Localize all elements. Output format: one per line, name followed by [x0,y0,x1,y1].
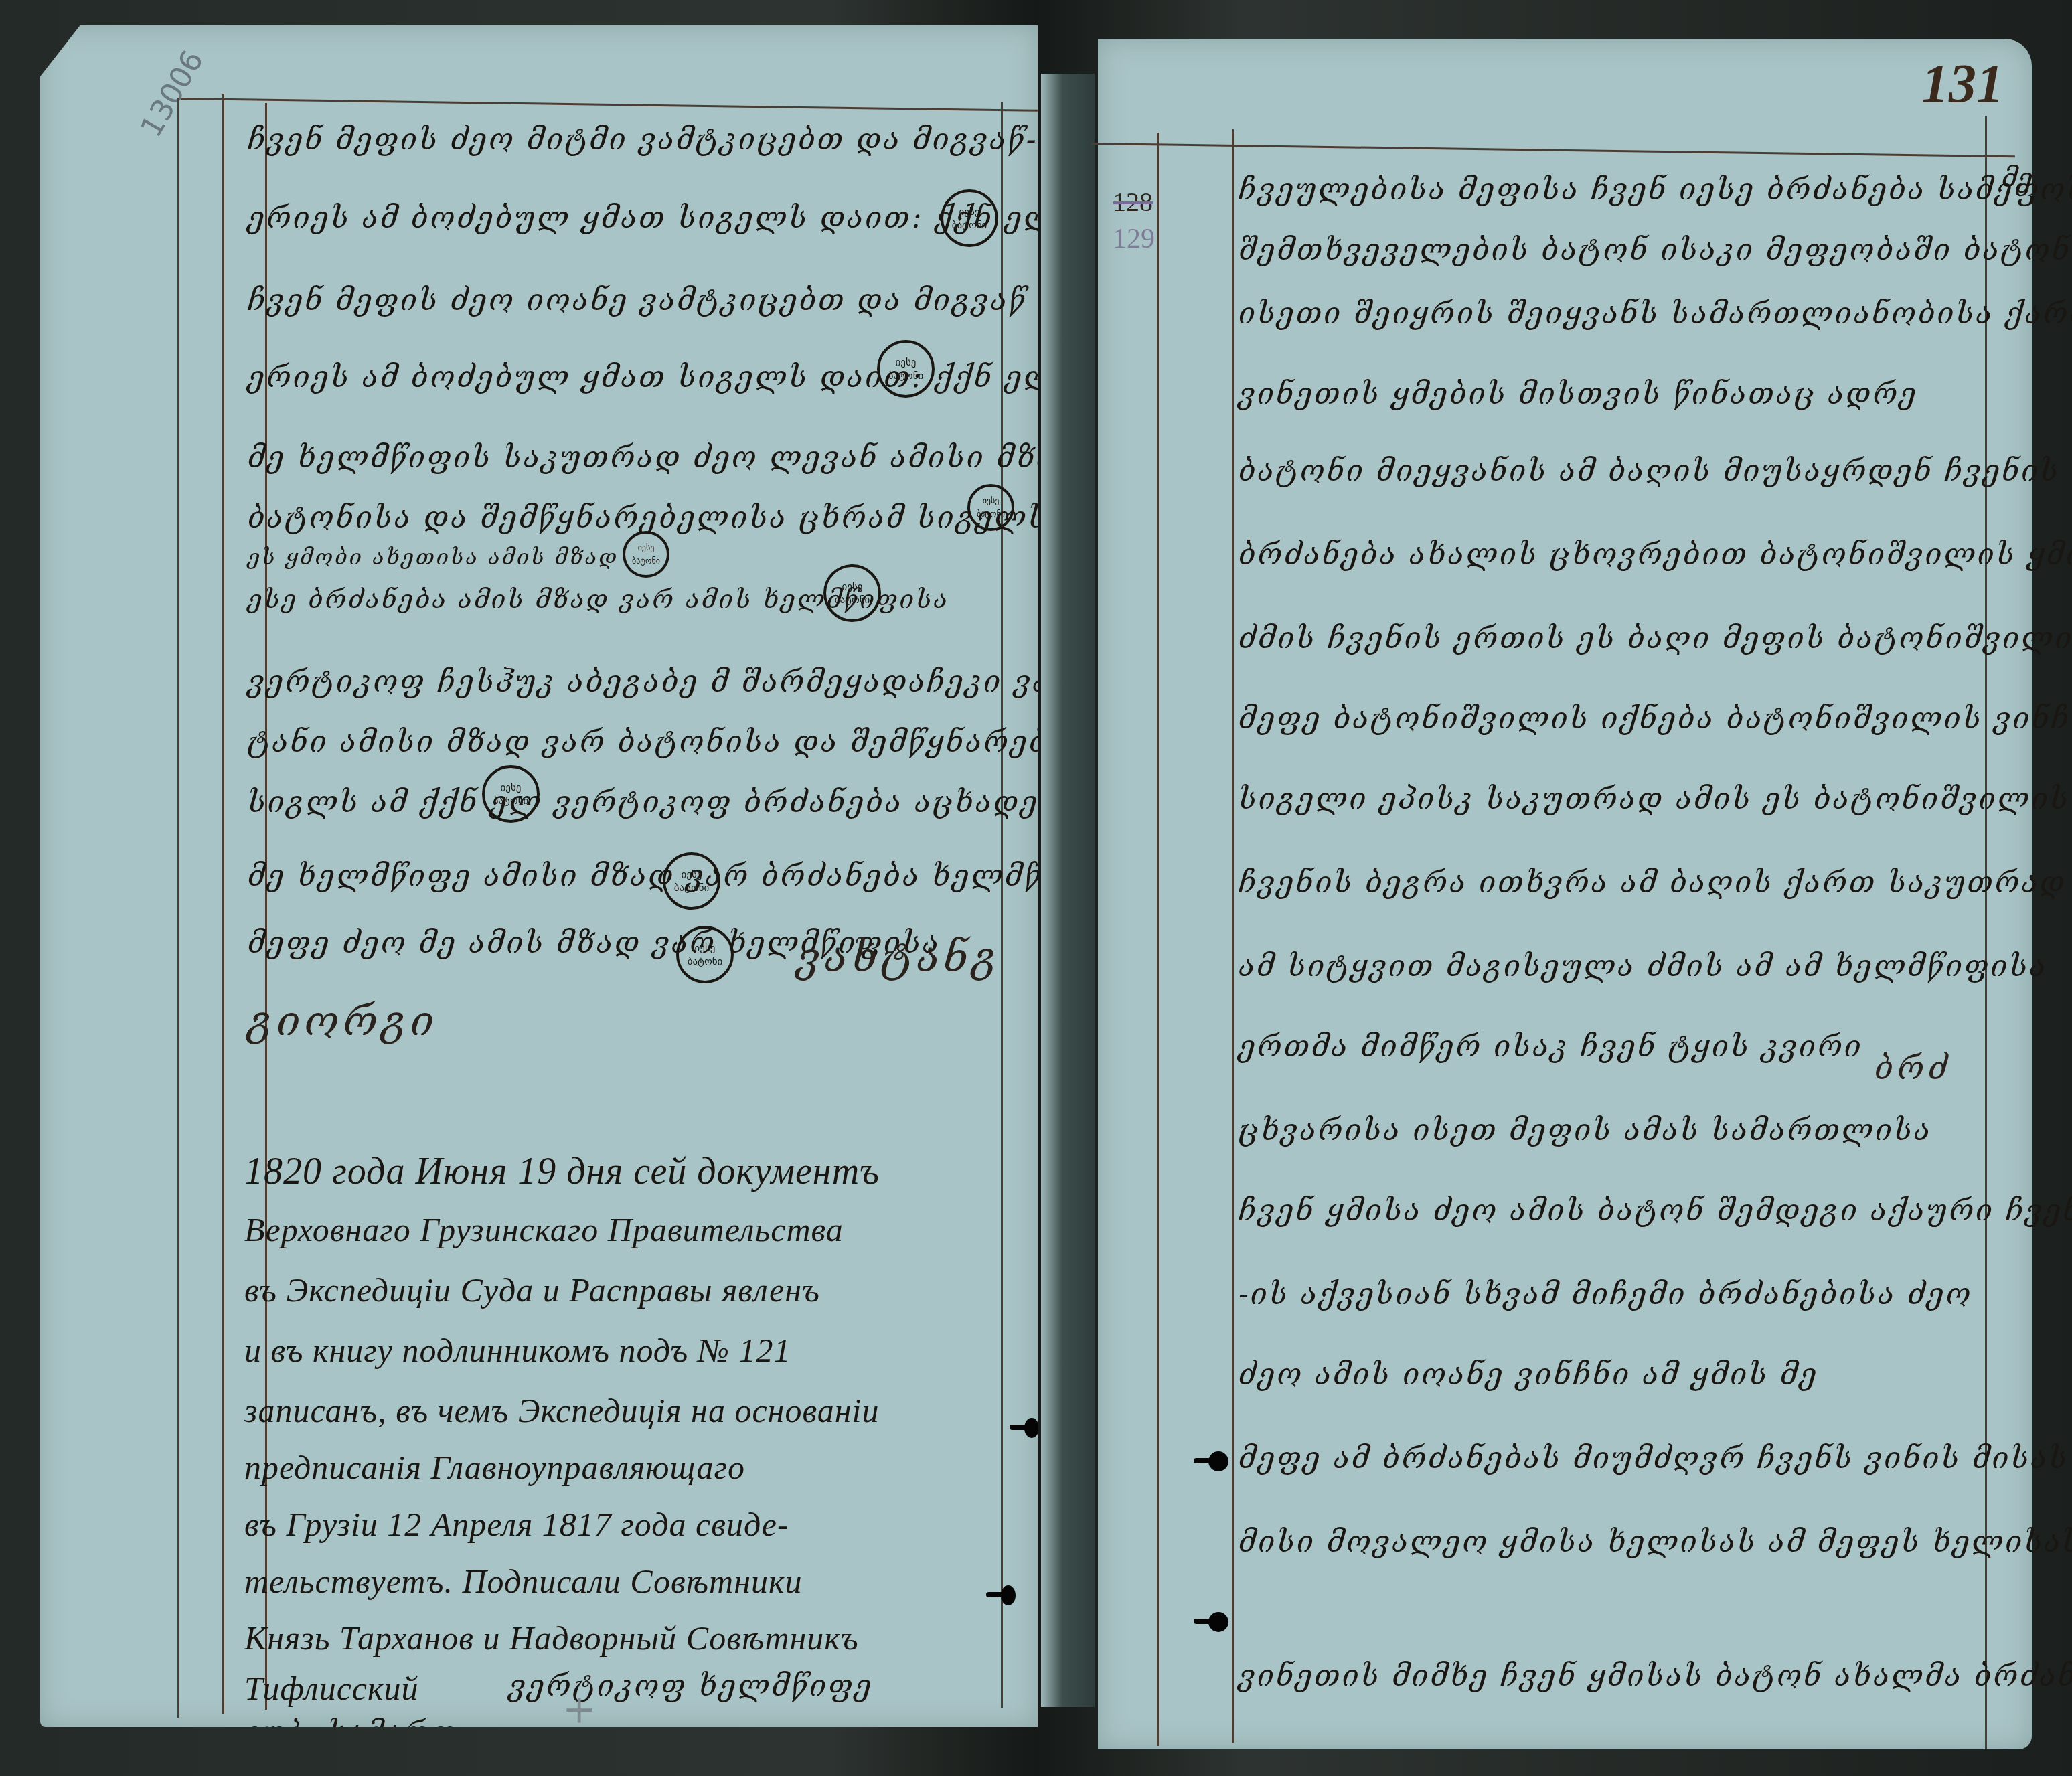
right-margin-rule [1985,116,1987,1749]
text-line: ჩვენ მეფის ძეო მიტმი ვამტკიცებთ და მიგვა… [248,123,1038,157]
new-folio-pencil: 129 [1113,223,1155,255]
overlay-mark: ბრძ [1875,1050,1951,1087]
text-line: ძმის ჩვენის ერთის ეს ბაღი მეფის ბატონიშვ… [1239,621,2072,655]
top-rule [1091,143,2015,157]
text-line: тельствуетъ. Подписали Совѣтники [244,1562,802,1601]
seal-stamp: იესებატონი [877,340,935,398]
text-line: въ Грузіи 12 Апреля 1817 года свиде- [244,1505,789,1544]
signature: გიორგი [248,996,438,1045]
text-line: ამ სიტყვით მაგისეულა ძმის ამ ამ ხელმწიფი… [1239,949,2047,983]
archive-pencil-number: 13006 [134,45,210,143]
right-margin-rule [1001,102,1003,1708]
binding-hole [1208,1451,1228,1471]
text-line: предписанія Главноуправляющаго [244,1448,745,1487]
binding-hole [1024,1418,1039,1438]
text-line: и въ книгу подлинникомъ подъ № 121 [244,1331,791,1370]
text-line: ჩვეულებისა მეფისა ჩვენ იესე ბრძანება სამ… [1239,173,2072,207]
text-line: მეფე ბატონიშვილის იქნება ბატონიშვილის ვი… [1239,702,2072,736]
text-line: ბრძანება ახალის ცხოვრებით ბატონიშვილის ყ… [1239,538,2072,572]
text-line: ეს ყმობი ახეთისა ამის მზად [248,544,619,570]
text-line: ვინეთის ყმების მისთვის წინათაც ადრე [1239,377,1918,411]
text-line: შემთხვეველების ბატონ ისაკი მეფეობაში ბატ… [1239,233,2072,267]
text-line: ცხვარისა ისეთ მეფის ამას სამართლისა [1239,1113,1932,1147]
seal-stamp: იესებატონი [663,852,720,910]
signature: ვახტანგ [797,933,1001,981]
text-line: Верховнаго Грузинскаго Правительства [244,1210,844,1249]
margin-rule-2 [1232,129,1234,1743]
folio-number: 131 [1921,52,2004,115]
seal-stamp: იესებატონი [482,765,540,823]
text-line: სიგელი ეპისკ საკუთრად ამის ეს ბატონიშვილ… [1239,782,2072,816]
text-line: записанъ, въ чемъ Экспедиція на основані… [244,1391,879,1430]
margin-rule-1 [177,98,179,1718]
seal-stamp: იესებატონი [823,564,881,622]
top-rule [181,98,1038,112]
text-line: въ Экспедиціи Суда и Расправы явленъ [244,1271,820,1309]
text-line: მე ხელმწიფის საკუთრად ძეო ლევან ამისი მზ… [248,440,1156,475]
binding-hole [1208,1612,1228,1632]
text-line: ჩვენის ბეგრა ითხვრა ამ ბაღის ქართ საკუთრ… [1239,866,2067,900]
text-line: ჩვენ ყმისა ძეო ამის ბატონ შემდეგი აქაური… [1239,1194,2072,1228]
left-page: 13006 ჩვენ მეფის ძეო მიტმი ვამტკიცებთ და… [40,25,1038,1727]
text-line: ბატონი მიეყვანის ამ ბაღის მიუსაყრდენ ჩვე… [1239,454,2060,488]
book-gutter [1041,74,1095,1707]
text-line: მეფე ამ ბრძანებას მიუმძღვრ ჩვენს ვინის მ… [1239,1441,2069,1475]
margin-rule-2 [222,94,224,1714]
text-line: -ის აქვესიან სხვამ მიჩემი ბრძანებისა ძეო [1239,1277,1972,1311]
text-line: მისი მოვალეო ყმისა ხელისას ამ მეფეს ხელი… [1239,1525,2072,1559]
margin-rule-1 [1157,133,1159,1746]
text-line: ჩვენ მეფის ძეო იოანე ვამტკიცებთ და მიგვა… [248,283,1027,317]
text-line: სიგლს ამ ქქნ ელ ვერტიკოფ ბრძანება აცხადე… [248,785,1079,819]
pencil-cross-mark: + [562,1686,596,1732]
text-line: ერიეს ამ ბოძებულ ყმათ სიგელს დაით: ქქნ ე… [248,360,1057,394]
text-line: ვინეთის მიმხე ჩვენ ყმისას ბატონ ახალმა ბ… [1239,1659,2072,1693]
text-line: 1820 года Июня 19 дня сей документъ [244,1150,880,1193]
right-page: 131 128 129 მე ჩვეულებისა მეფისა ჩვენ იე… [1098,39,2032,1749]
seal-stamp: იესებატონი [623,531,669,578]
binding-hole [1001,1585,1016,1605]
text-line: Князь Тарханов и Надворный Совѣтникъ [244,1619,859,1658]
text-line: ძეო ამის იოანე ვინჩნი ამ ყმის მე [1239,1358,1818,1392]
seal-stamp: იესებატონი [941,189,998,247]
text-line: ერთმა მიმწერ ისაკ ჩვენ ტყის კვირი [1239,1030,1863,1064]
old-folio-struck: 128 [1113,186,1153,218]
text-line: ისეთი შეიყრის შეიყვანს სამართლიანობისა ქ… [1239,297,2072,331]
seal-stamp: იესებატონი [967,484,1014,531]
seal-stamp: იესებატონი [676,926,734,983]
text-line: Тифлисский [244,1669,418,1708]
